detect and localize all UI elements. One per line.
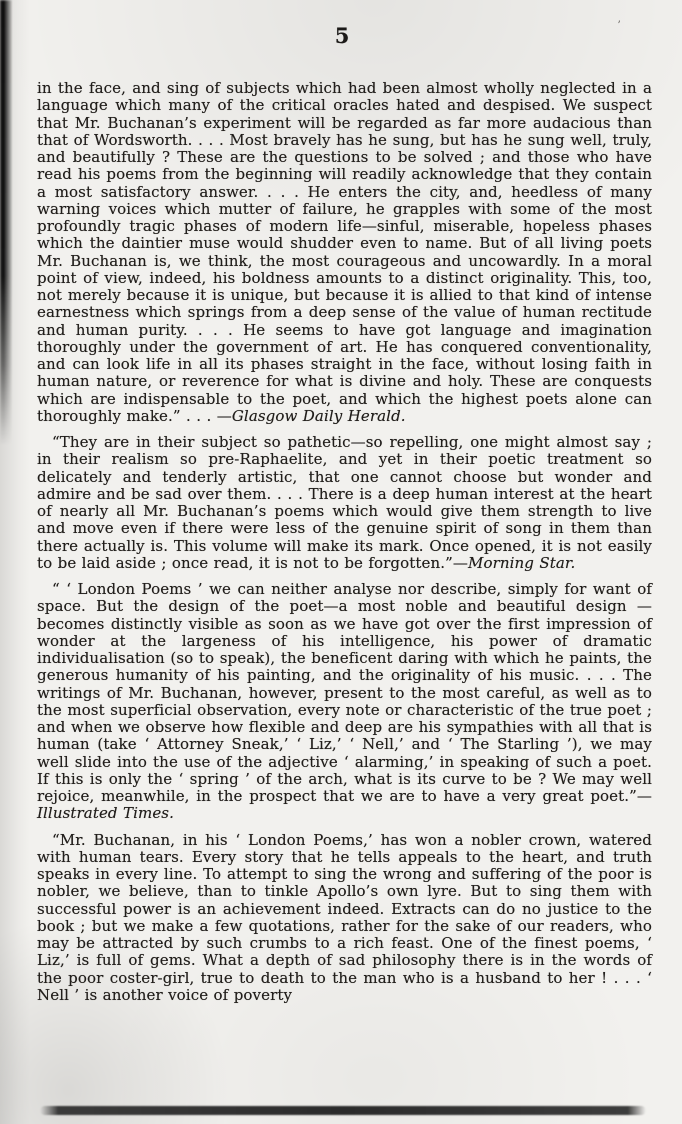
review-text: “They are in their subject so pathetic—s… [37, 433, 652, 572]
review-text: “Mr. Buchanan, in his ‘ London Poems,’ h… [37, 831, 652, 1004]
scan-gutter-edge [0, 0, 13, 445]
review-source: Morning Star. [468, 554, 575, 572]
review-text: “ ‘ London Poems ’ we can neither analys… [37, 580, 652, 805]
reviews-text-block: in the face, and sing of subjects which … [37, 80, 652, 1013]
review-paragraph: “ ‘ London Poems ’ we can neither analys… [37, 581, 652, 823]
review-paragraph: in the face, and sing of subjects which … [37, 80, 652, 425]
review-text: in the face, and sing of subjects which … [37, 79, 652, 425]
scan-bottom-edge [40, 1106, 646, 1115]
review-paragraph: “They are in their subject so pathetic—s… [37, 434, 652, 572]
review-paragraph: “Mr. Buchanan, in his ‘ London Poems,’ h… [37, 832, 652, 1005]
page-number: 5 [326, 23, 358, 48]
review-source: Illustrated Times. [37, 804, 174, 822]
scan-speck-mark: ʼ [617, 19, 621, 32]
review-source: Glasgow Daily Herald. [232, 407, 406, 425]
scanned-book-page: 5 ʼ in the face, and sing of subjects wh… [0, 0, 682, 1124]
